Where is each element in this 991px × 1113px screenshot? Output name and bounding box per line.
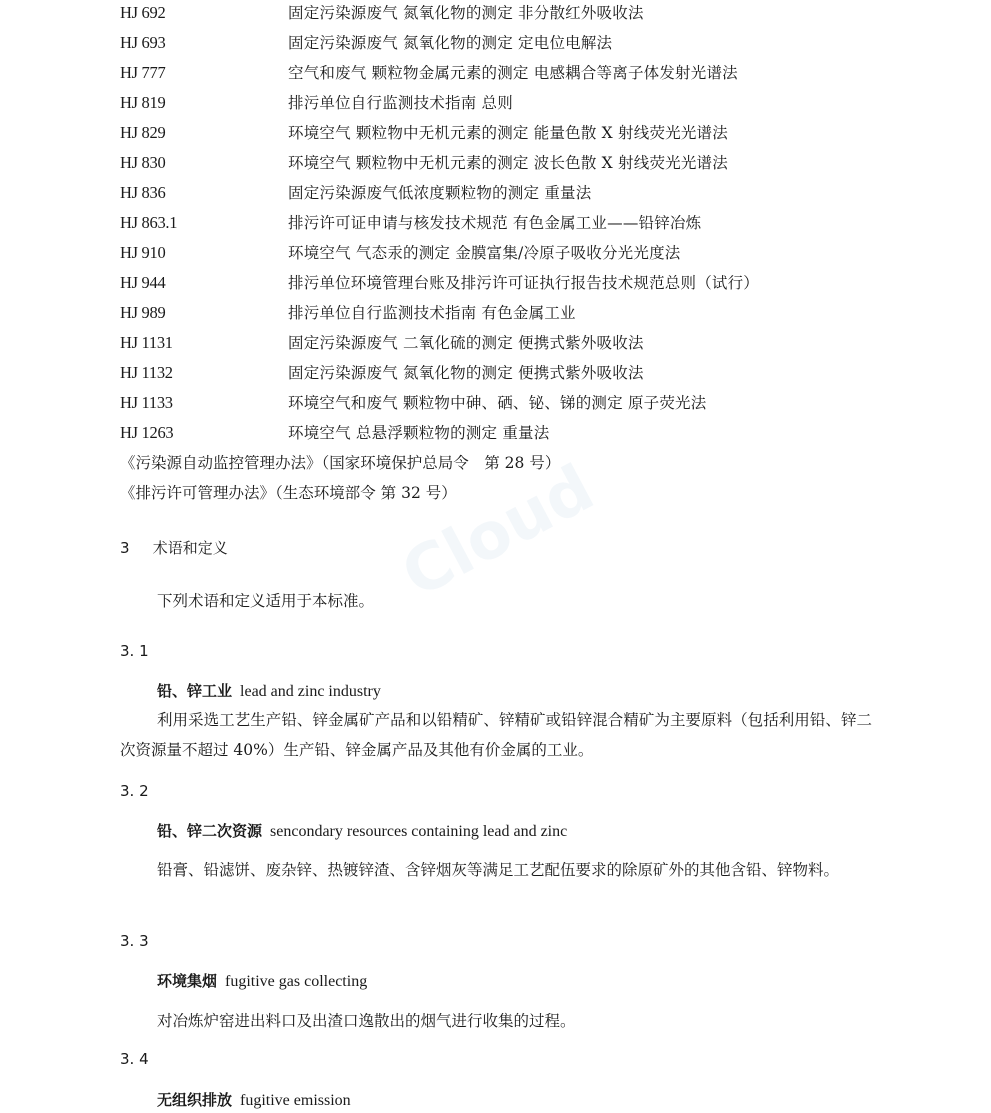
reference-code: HJ 819 <box>120 91 165 115</box>
reference-title: 排污单位自行监测技术指南 总则 <box>288 91 513 115</box>
regulation-reference: 《污染源自动监控管理办法》（国家环境保护总局令 第 28 号） <box>120 451 560 475</box>
term-heading: 铅、锌工业lead and zinc industry <box>157 679 381 704</box>
watermark: Cloud <box>391 453 610 626</box>
term-english: lead and zinc industry <box>240 683 381 700</box>
reference-code: HJ 1131 <box>120 331 173 355</box>
reference-code: HJ 693 <box>120 31 165 55</box>
reference-title: 排污单位自行监测技术指南 有色金属工业 <box>288 301 576 325</box>
reference-code: HJ 836 <box>120 181 165 205</box>
term-definition: 对冶炼炉窑进出料口及出渣口逸散出的烟气进行收集的过程。 <box>120 1006 872 1036</box>
reference-code: HJ 910 <box>120 241 165 265</box>
reference-title: 固定污染源废气 氮氧化物的测定 便携式紫外吸收法 <box>288 361 644 385</box>
reference-code: HJ 1132 <box>120 361 173 385</box>
clause-number: 3. 2 <box>120 779 149 803</box>
reference-code: HJ 829 <box>120 121 165 145</box>
term-heading: 环境集烟fugitive gas collecting <box>157 969 367 994</box>
reference-code: HJ 989 <box>120 301 165 325</box>
reference-code: HJ 944 <box>120 271 165 295</box>
reference-code: HJ 830 <box>120 151 165 175</box>
term-english: sencondary resources containing lead and… <box>270 823 567 840</box>
reference-title: 环境空气 颗粒物中无机元素的测定 波长色散 X 射线荧光光谱法 <box>288 151 728 175</box>
reference-title: 空气和废气 颗粒物金属元素的测定 电感耦合等离子体发射光谱法 <box>288 61 738 85</box>
reference-code: HJ 863.1 <box>120 211 177 235</box>
term-definition: 利用采选工艺生产铅、锌金属矿产品和以铅精矿、锌精矿或铅锌混合精矿为主要原料（包括… <box>120 705 872 765</box>
reference-code: HJ 1133 <box>120 391 173 415</box>
reference-code: HJ 777 <box>120 61 165 85</box>
term-chinese: 无组织排放 <box>157 1091 232 1109</box>
clause-number: 3. 3 <box>120 929 149 953</box>
term-chinese: 铅、锌二次资源 <box>157 822 262 840</box>
reference-title: 环境空气 气态汞的测定 金膜富集/冷原子吸收分光光度法 <box>288 241 680 265</box>
reference-title: 排污单位环境管理台账及排污许可证执行报告技术规范总则（试行） <box>288 271 759 295</box>
term-heading: 铅、锌二次资源sencondary resources containing l… <box>157 819 567 844</box>
clause-number: 3. 1 <box>120 639 149 663</box>
reference-title: 排污许可证申请与核发技术规范 有色金属工业——铅锌冶炼 <box>288 211 701 235</box>
reference-title: 环境空气和废气 颗粒物中砷、硒、铋、锑的测定 原子荧光法 <box>288 391 706 415</box>
term-chinese: 环境集烟 <box>157 972 217 990</box>
document-page: HJ 692 固定污染源废气 氮氧化物的测定 非分散红外吸收法 HJ 693 固… <box>0 0 991 1113</box>
reference-title: 固定污染源废气 氮氧化物的测定 非分散红外吸收法 <box>288 1 644 25</box>
term-english: fugitive emission <box>240 1092 351 1109</box>
section-title: 术语和定义 <box>153 539 228 557</box>
reference-title: 固定污染源废气低浓度颗粒物的测定 重量法 <box>288 181 591 205</box>
clause-number: 3. 4 <box>120 1047 149 1071</box>
section-number: 3 <box>120 536 148 560</box>
reference-title: 环境空气 颗粒物中无机元素的测定 能量色散 X 射线荧光光谱法 <box>288 121 728 145</box>
reference-title: 固定污染源废气 氮氧化物的测定 定电位电解法 <box>288 31 612 55</box>
section-heading: 3 术语和定义 <box>120 536 228 560</box>
section-intro: 下列术语和定义适用于本标准。 <box>157 589 374 613</box>
reference-code: HJ 692 <box>120 1 165 25</box>
regulation-reference: 《排污许可管理办法》（生态环境部令 第 32 号） <box>120 481 457 505</box>
term-english: fugitive gas collecting <box>225 973 367 990</box>
reference-code: HJ 1263 <box>120 421 173 445</box>
reference-title: 固定污染源废气 二氧化硫的测定 便携式紫外吸收法 <box>288 331 644 355</box>
term-heading: 无组织排放fugitive emission <box>157 1088 351 1113</box>
term-chinese: 铅、锌工业 <box>157 682 232 700</box>
term-definition: 铅膏、铅滤饼、废杂锌、热镀锌渣、含锌烟灰等满足工艺配伍要求的除原矿外的其他含铅、… <box>120 855 872 885</box>
reference-title: 环境空气 总悬浮颗粒物的测定 重量法 <box>288 421 549 445</box>
